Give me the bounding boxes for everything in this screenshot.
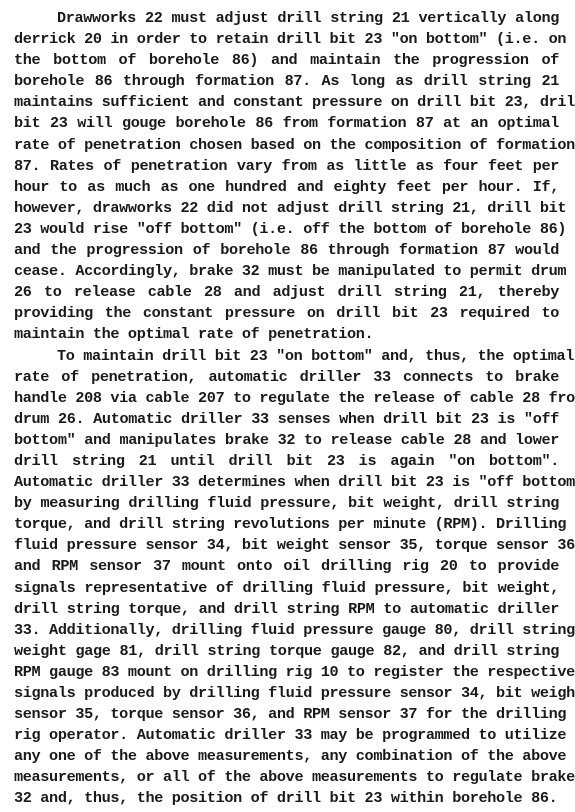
text-line: drill string torque, and drill string RP… [14, 599, 559, 620]
text-line: borehole 86 through formation 87. As lon… [14, 71, 559, 92]
text-line: fluid pressure sensor 34, bit weight sen… [14, 535, 559, 556]
text-line: maintain the optimal rate of penetration… [14, 324, 559, 345]
text-line: however, drawworks 22 did not adjust dri… [14, 198, 559, 219]
paragraph-drawworks: Drawworks 22 must adjust drill string 21… [14, 8, 559, 346]
text-line: sensor 35, torque sensor 36, and RPM sen… [14, 704, 559, 725]
text-line: Automatic driller 33 determines when dri… [14, 472, 559, 493]
text-line: To maintain drill bit 23 "on bottom" and… [14, 346, 559, 367]
text-line: bit 23 will gouge borehole 86 from forma… [14, 113, 559, 134]
text-line: maintains sufficient and constant pressu… [14, 92, 559, 113]
text-line: bottom" and manipulates brake 32 to rele… [14, 430, 559, 451]
text-line: 87. Rates of penetration vary from as li… [14, 156, 559, 177]
text-line: RPM gauge 83 mount on drilling rig 10 to… [14, 662, 559, 683]
text-line: providing the constant pressure on drill… [14, 303, 559, 324]
text-line: rate of penetration, automatic driller 3… [14, 367, 559, 388]
text-line: signals representative of drilling fluid… [14, 578, 559, 599]
text-line: derrick 20 in order to retain drill bit … [14, 29, 559, 50]
text-line: hour to as much as one hundred and eight… [14, 177, 559, 198]
text-line: the bottom of borehole 86) and maintain … [14, 50, 559, 71]
text-line: 23 would rise "off bottom" (i.e. off the… [14, 219, 559, 240]
text-line: 33. Additionally, drilling fluid pressur… [14, 620, 559, 641]
text-line: measurements, or all of the above measur… [14, 767, 559, 788]
text-line: weight gage 81, drill string torque gaug… [14, 641, 559, 662]
text-line: rate of penetration chosen based on the … [14, 135, 559, 156]
text-line: signals produced by drilling fluid press… [14, 683, 559, 704]
text-line: Drawworks 22 must adjust drill string 21… [14, 8, 559, 29]
text-line: handle 208 via cable 207 to regulate the… [14, 388, 559, 409]
text-line: torque, and drill string revolutions per… [14, 514, 559, 535]
document-page: Drawworks 22 must adjust drill string 21… [14, 8, 559, 810]
text-line: drum 26. Automatic driller 33 senses whe… [14, 409, 559, 430]
text-line: any one of the above measurements, any c… [14, 746, 559, 767]
text-line: 32 and, thus, the position of drill bit … [14, 788, 559, 809]
text-line: 26 to release cable 28 and adjust drill … [14, 282, 559, 303]
text-line: cease. Accordingly, brake 32 must be man… [14, 261, 559, 282]
paragraph-automatic-driller: To maintain drill bit 23 "on bottom" and… [14, 346, 559, 810]
text-line: rig operator. Automatic driller 33 may b… [14, 725, 559, 746]
text-line: drill string 21 until drill bit 23 is ag… [14, 451, 559, 472]
text-line: by measuring drilling fluid pressure, bi… [14, 493, 559, 514]
text-line: and the progression of borehole 86 throu… [14, 240, 559, 261]
text-line: and RPM sensor 37 mount onto oil drillin… [14, 556, 559, 577]
